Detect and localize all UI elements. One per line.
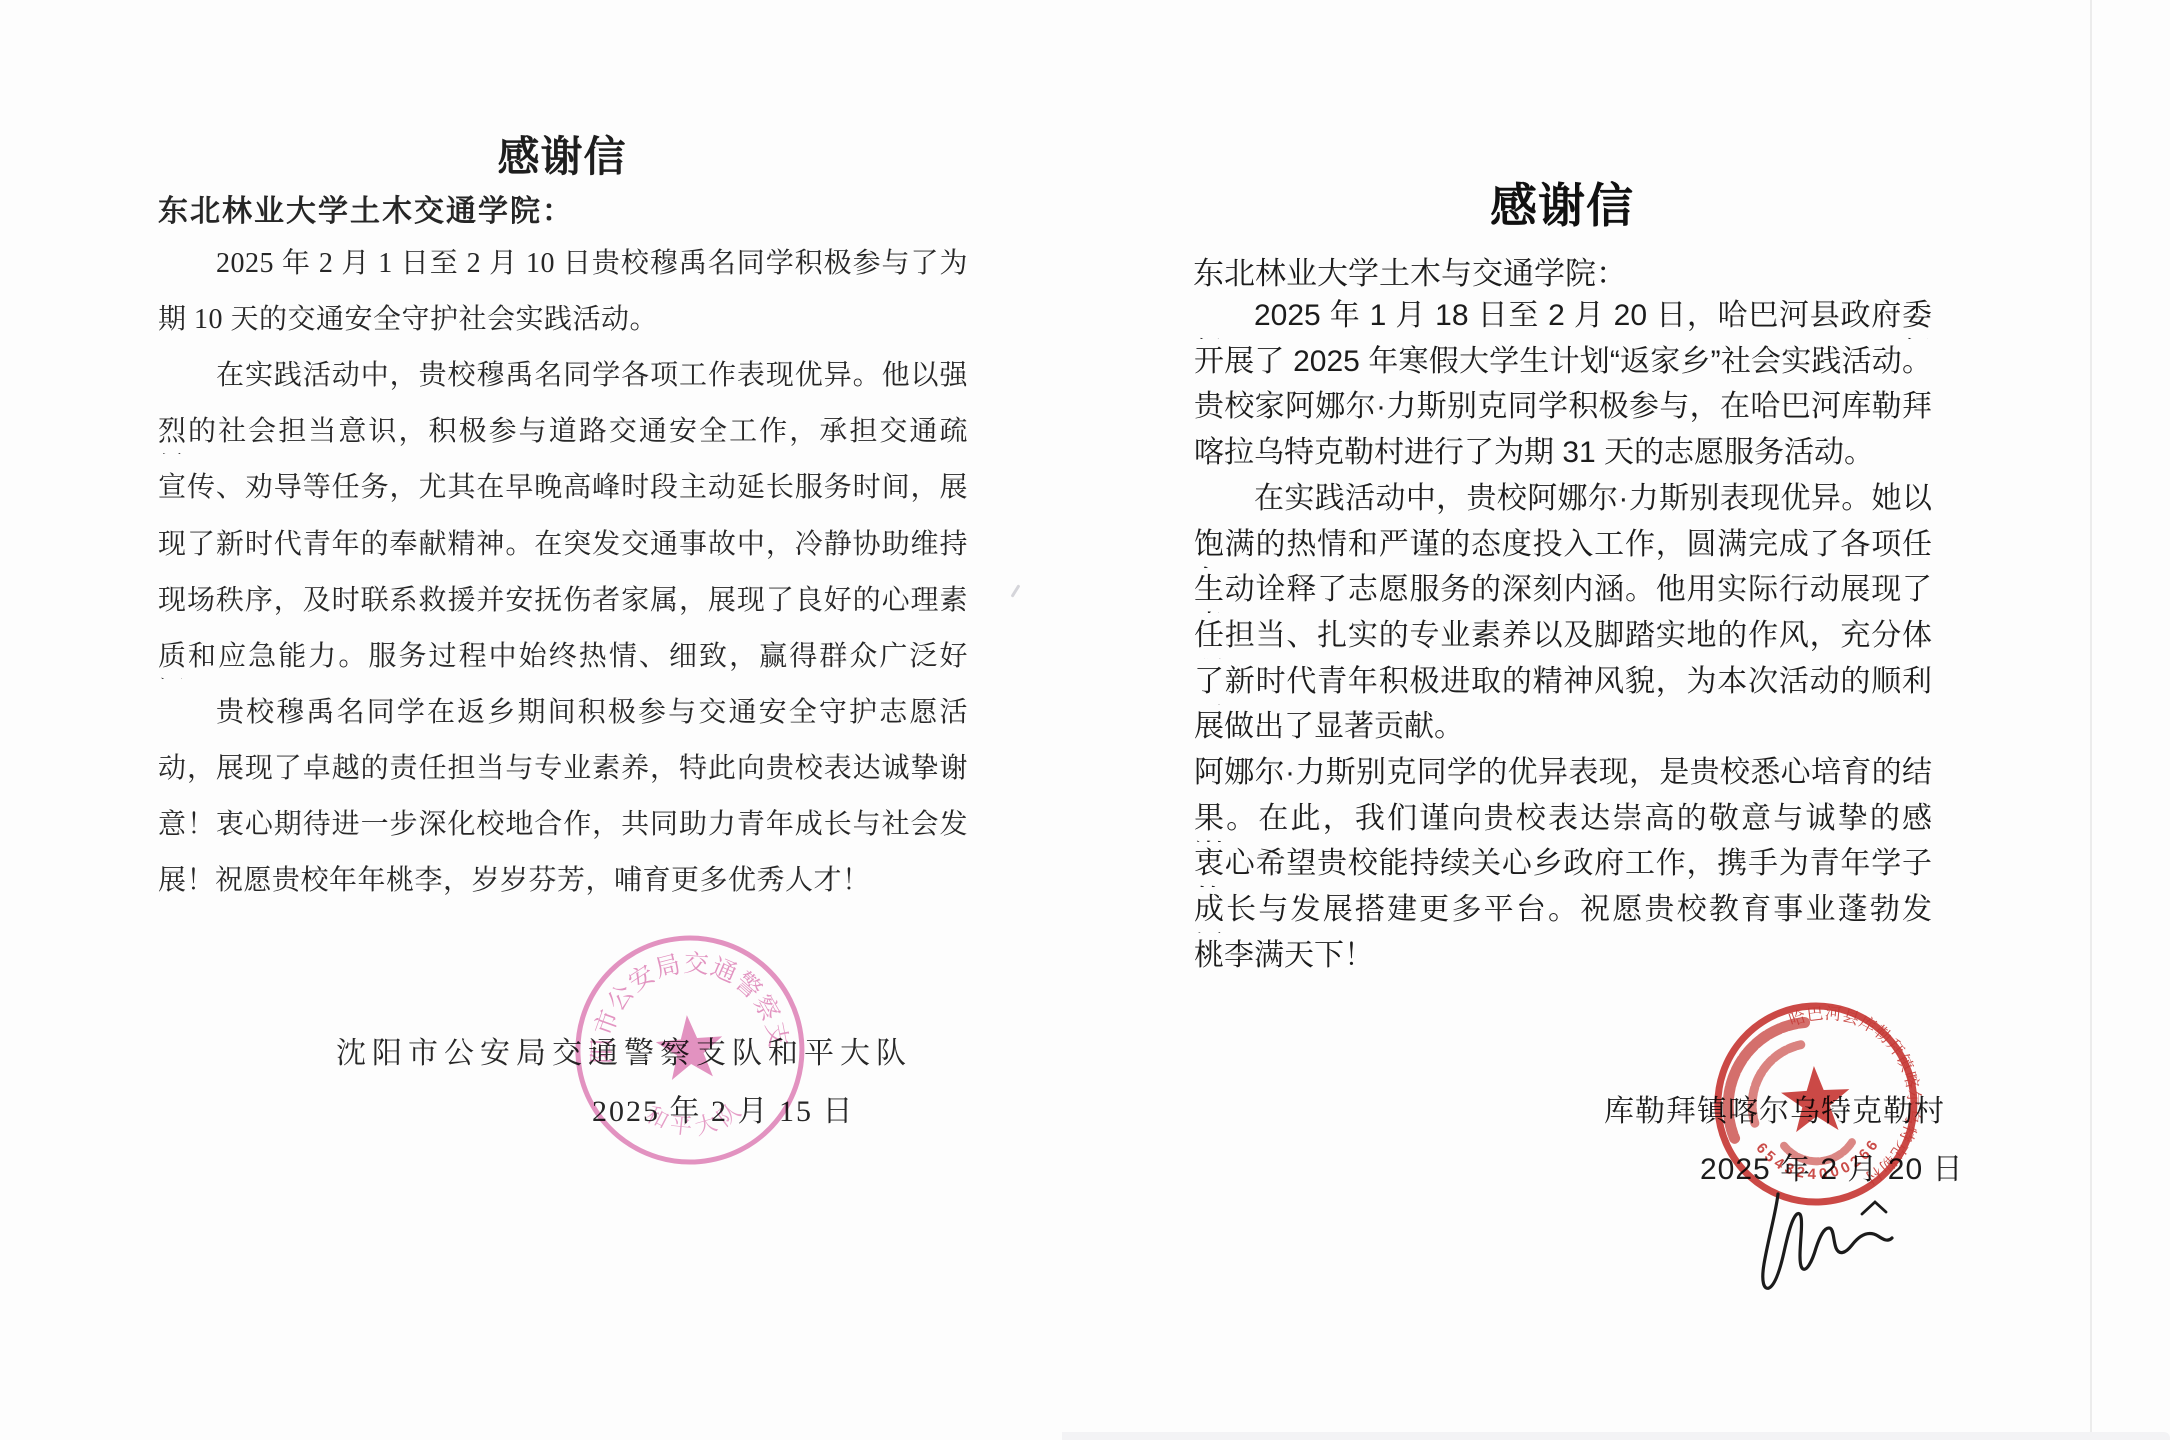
signature-stroke — [1763, 1194, 1892, 1288]
letter-right-signature: 库勒拜镇喀尔乌特克勒村 — [1604, 1086, 1945, 1130]
body-line: 饱满的热情和严谨的态度投入工作，圆满完成了各项任务， — [1194, 526, 1932, 568]
body-line: 现场秩序，及时联系救援并安抚伤者家属，展现了良好的心理素 — [158, 583, 968, 623]
body-line: 喀拉乌特克勒村进行了为期 31 天的志愿服务活动。 — [1194, 434, 1932, 476]
body-line: 宣传、劝导等任务，尤其在早晚高峰时段主动延长服务时间，展 — [158, 470, 968, 510]
body-line: 烈的社会担当意识，积极参与道路交通安全工作，承担交通疏导、 — [158, 414, 968, 454]
body-line: 开展了 2025 年寒假大学生计划“返家乡”社会实践活动。 — [1194, 343, 1932, 385]
handwritten-signature — [1744, 1192, 1904, 1302]
body-line: 现了新时代青年的奉献精神。在突发交通事故中，冷静协助维持 — [158, 527, 968, 567]
body-line: 任担当、扎实的专业素养以及脚踏实地的作风，充分体现 — [1194, 617, 1932, 659]
letter-left-signature: 沈阳市公安局交通警察支队和平大队 — [336, 1028, 912, 1072]
body-line: 意！衷心期待进一步深化校地合作，共同助力青年成长与社会发 — [158, 807, 968, 847]
body-line: 质和应急能力。服务过程中始终热情、细致，赢得群众广泛好评。 — [158, 639, 968, 679]
body-line: 生动诠释了志愿服务的深刻内涵。他用实际行动展现了责 — [1194, 571, 1932, 613]
body-line: 衷心希望贵校能持续关心乡政府工作，携手为青年学子的 — [1194, 845, 1932, 887]
body-line: 阿娜尔·力斯别克同学的优异表现，是贵校悉心培育的结 — [1194, 754, 1932, 796]
signature-flourish — [1862, 1202, 1886, 1214]
body-line: 了新时代青年积极进取的精神风貌，为本次活动的顺利开 — [1194, 663, 1932, 705]
body-line: 2025 年 1 月 18 日至 2 月 20 日，哈巴河县政府委组织 — [1194, 297, 1932, 339]
body-line: 贵校家阿娜尔·力斯别克同学积极参与，在哈巴河库勒拜 — [1194, 388, 1932, 430]
body-line: 展！祝愿贵校年年桃李，岁岁芬芳，哺育更多优秀人才！ — [158, 863, 968, 903]
body-line: 果。在此，我们谨向贵校表达崇高的敬意与诚挚的感谢！ — [1194, 800, 1932, 842]
letter-right-salutation: 东北林业大学土木与交通学院： — [1193, 248, 1627, 293]
page-edge-seam — [2090, 0, 2092, 1434]
letter-left-title: 感谢信 — [497, 124, 627, 184]
scan-artifact-dash — [1011, 584, 1021, 597]
body-line: 动，展现了卓越的责任担当与专业素养，特此向贵校表达诚挚谢 — [158, 751, 968, 791]
letter-left-salutation: 东北林业大学土木交通学院： — [158, 186, 574, 230]
body-line: 贵校穆禹名同学在返乡期间积极参与交通安全守护志愿活 — [158, 695, 968, 735]
body-line: 2025 年 2 月 1 日至 2 月 10 日贵校穆禹名同学积极参与了为 — [158, 246, 968, 286]
body-line: 成长与发展搭建更多平台。祝愿贵校教育事业蓬勃发展， — [1194, 891, 1932, 933]
body-line: 在实践活动中，贵校穆禹名同学各项工作表现优异。他以强 — [158, 358, 968, 398]
letter-left-date: 2025 年 2 月 15 日 — [592, 1086, 855, 1130]
letter-right-date: 2025 年 2 月 20 日 — [1700, 1144, 1963, 1188]
scanned-letters-canvas: 感谢信 东北林业大学土木交通学院： 2025 年 2 月 1 日至 2 月 10… — [0, 0, 2170, 1440]
page-bottom-edge — [1062, 1432, 2170, 1440]
body-line: 期 10 天的交通安全守护社会实践活动。 — [158, 302, 968, 342]
letter-right-title: 感谢信 — [1194, 169, 1930, 236]
body-line: 展做出了显著贡献。 — [1194, 708, 1932, 750]
body-line: 在实践活动中，贵校阿娜尔·力斯别表现优异。她以 — [1194, 480, 1932, 522]
body-line: 桃李满天下！ — [1194, 937, 1932, 979]
